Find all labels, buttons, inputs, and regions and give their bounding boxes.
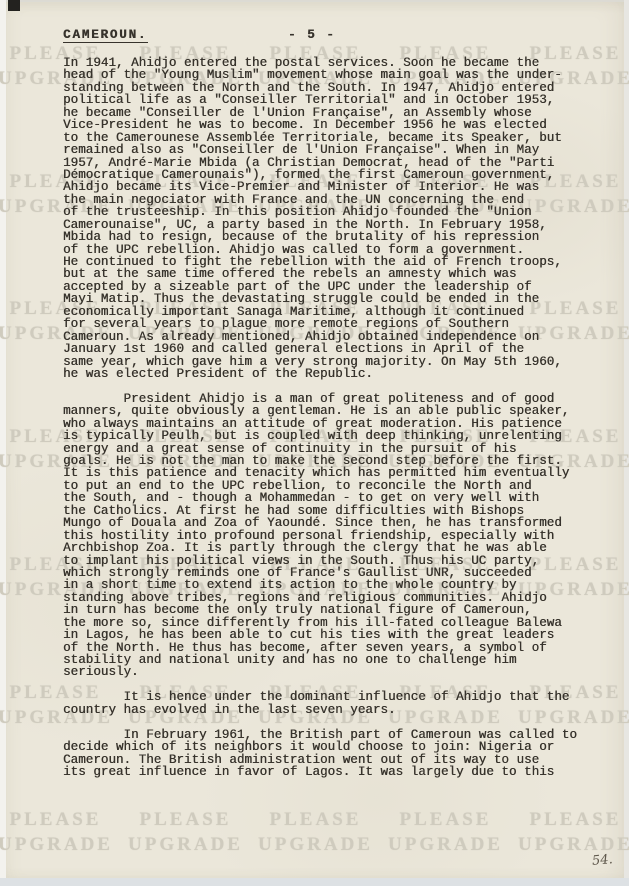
watermark-row: PLEASEPLEASEPLEASEPLEASEPLEASE: [0, 810, 629, 829]
text-line: he was elected President of the Republic…: [63, 368, 623, 380]
watermark-word-upgrade: UPGRADE: [121, 835, 251, 854]
handwritten-page-number: 54.: [591, 852, 613, 869]
text-line: in Lagos, he has been able to cut his ti…: [63, 629, 623, 641]
text-line: its great influence in favor of Lagos. I…: [63, 766, 623, 778]
text-line: of the trusteeship. In this position Ahi…: [63, 206, 623, 218]
document-body: In 1941, Ahidjo entered the postal servi…: [63, 57, 623, 778]
text-line: the South, and - though a Mohammedan - t…: [63, 492, 623, 504]
text-line: Archbishop Zoa. It is partly through the…: [63, 542, 623, 554]
text-line: but at the same time offered the rebels …: [63, 268, 623, 280]
paragraph: In 1941, Ahidjo entered the postal servi…: [63, 57, 623, 380]
text-line: stability and national unity and has no …: [63, 654, 623, 666]
text-line: January 1st 1960 and called general elec…: [63, 343, 623, 355]
text-line: in a short time to extend its action to …: [63, 579, 623, 591]
text-line: Vice-President he was to become. In Dece…: [63, 119, 623, 131]
section-title: CAMEROUN.: [63, 29, 148, 43]
text-line: head of the "Young Muslim" movement whos…: [63, 69, 623, 81]
text-line: It is this patience and tenacity which h…: [63, 467, 623, 479]
text-line: political life as a "Conseiller Territor…: [63, 94, 623, 106]
watermark-word-please: PLEASE: [511, 810, 629, 829]
page-header: CAMEROUN. - 5 -: [63, 29, 623, 42]
text-line: It is hence under the dominant influence…: [63, 691, 623, 703]
text-line: for several years to plague more remote …: [63, 318, 623, 330]
text-line: in turn has become the only truly nation…: [63, 604, 623, 616]
document-page: PLEASEPLEASEPLEASEPLEASEPLEASEUPGRADEUPG…: [0, 0, 629, 886]
watermark-word-please: PLEASE: [381, 810, 511, 829]
text-line: decide which of its neighbors it would c…: [63, 741, 623, 753]
text-line: country has evolved in the last seven ye…: [63, 704, 623, 716]
watermark-word-please: PLEASE: [121, 810, 251, 829]
text-line: Mayi Matip. Thus the devastating struggl…: [63, 293, 623, 305]
text-line: Mbida had to resign, because of the brut…: [63, 231, 623, 243]
text-line: Mungo of Douala and Zoa of Yaoundé. Sinc…: [63, 517, 623, 529]
paragraph: In February 1961, the British part of Ca…: [63, 729, 623, 779]
watermark-word-upgrade: UPGRADE: [251, 835, 381, 854]
watermark-word-upgrade: UPGRADE: [0, 835, 121, 854]
paragraph: President Ahidjo is a man of great polit…: [63, 393, 623, 679]
scanned-document-screenshot: PLEASEPLEASEPLEASEPLEASEPLEASEUPGRADEUPG…: [0, 0, 629, 886]
paragraph: It is hence under the dominant influence…: [63, 691, 623, 716]
text-line: Ahidjo became its Vice-Premier and Minis…: [63, 181, 623, 193]
document-content: CAMEROUN. - 5 - In 1941, Ahidjo entered …: [63, 29, 623, 778]
page-number: - 5 -: [288, 29, 336, 42]
watermark-word-please: PLEASE: [251, 810, 381, 829]
watermark-word-please: PLEASE: [0, 810, 121, 829]
watermark-word-upgrade: UPGRADE: [381, 835, 511, 854]
text-line: manners, quite obviously a gentleman. He…: [63, 405, 623, 417]
text-line: seriously.: [63, 666, 623, 678]
watermark-row: UPGRADEUPGRADEUPGRADEUPGRADEUPGRADE: [0, 835, 629, 854]
text-line: is typically Peulh, but is coupled with …: [63, 430, 623, 442]
text-line: remained also as "Conseiller de l'Union …: [63, 144, 623, 156]
